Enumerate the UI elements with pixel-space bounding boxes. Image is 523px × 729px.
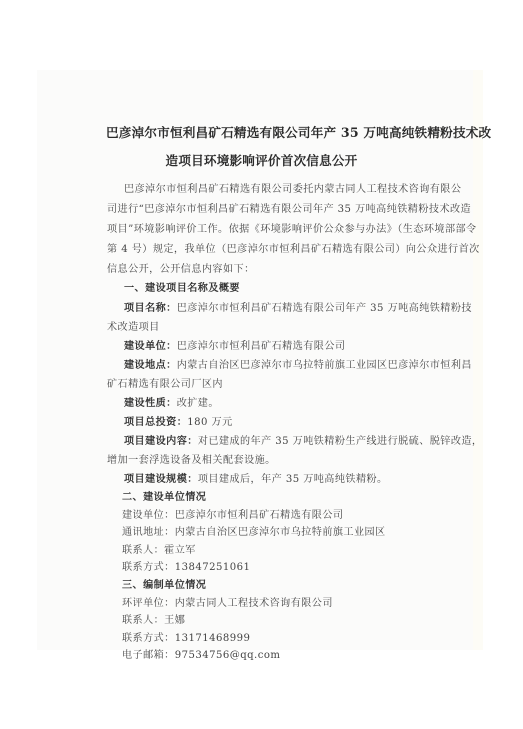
builder-row: 建设单位：巴彦淖尔市恒利昌矿石精选有限公司 (124, 341, 345, 353)
content-label: 项目建设内容： (124, 436, 198, 447)
section2-contact: 联系人：霍立军 (122, 545, 196, 557)
nature-label: 建设性质： (124, 398, 177, 409)
content-value: 对已建成的年产 35 万吨铁精粉生产线进行脱硫、脱锌改造， (198, 436, 483, 447)
intro-line-2: 司进行“巴彦淖尔市恒利昌矿石精选有限公司年产 35 万吨高纯铁精粉技术改造 (107, 204, 471, 216)
title-line-1: 巴彦淖尔市恒利昌矿石精选有限公司年产 35 万吨高纯铁精粉技术改 (106, 122, 418, 141)
investment-value: 180 万元 (187, 417, 232, 428)
investment-label: 项目总投资： (124, 417, 187, 428)
intro-line-4: 第 4 号）规定，我单位（巴彦淖尔市恒利昌矿石精选有限公司）向公众进行首次 (107, 244, 480, 256)
section2-phone: 联系方式：13847251061 (122, 562, 250, 574)
scale-row: 项目建设规模：项目建成后，年产 35 万吨高纯铁精粉。 (124, 474, 388, 486)
intro-line-1: 巴彦淖尔市恒利昌矿石精选有限公司委托内蒙古同人工程技术咨询有限公 (124, 184, 461, 196)
location-row: 建设地点：内蒙古自治区巴彦淖尔市乌拉特前旗工业园区巴彦淖尔市恒利昌 (124, 360, 472, 372)
section3-contact: 联系人：王娜 (122, 615, 185, 627)
investment-row: 项目总投资：180 万元 (124, 417, 233, 429)
builder-value: 巴彦淖尔市恒利昌矿石精选有限公司 (177, 341, 346, 352)
section2-heading: 二、建设单位情况 (122, 492, 206, 504)
section3-eia-unit: 环评单位：内蒙古同人工程技术咨询有限公司 (122, 598, 333, 610)
location-cont: 矿石精选有限公司厂区内 (107, 379, 223, 391)
location-label: 建设地点： (124, 360, 177, 371)
nature-value: 改扩建。 (177, 398, 219, 409)
location-value: 内蒙古自治区巴彦淖尔市乌拉特前旗工业园区巴彦淖尔市恒利昌 (177, 360, 472, 371)
nature-row: 建设性质：改扩建。 (124, 398, 219, 410)
title-line-2: 造项目环境影响评价首次信息公开 (0, 150, 523, 169)
section3-heading: 三、编制单位情况 (122, 580, 206, 592)
project-name-label: 项目名称： (124, 303, 177, 314)
content-row: 项目建设内容：对已建成的年产 35 万吨铁精粉生产线进行脱硫、脱锌改造， (124, 436, 482, 448)
project-name-row: 项目名称：巴彦淖尔市恒利昌矿石精选有限公司年产 35 万吨高纯铁精粉技 (124, 303, 472, 315)
section1-heading: 一、建设项目名称及概要 (124, 283, 240, 295)
scale-label: 项目建设规模： (124, 474, 198, 485)
section2-builder: 建设单位：巴彦淖尔市恒利昌矿石精选有限公司 (122, 510, 343, 522)
section3-phone: 联系方式：13171468999 (122, 633, 250, 645)
intro-line-3: 项目”环境影响评价工作。依据《环境影响评价公众参与办法》（生态环境部部令 (107, 224, 477, 236)
scale-value: 项目建成后，年产 35 万吨高纯铁精粉。 (198, 474, 388, 485)
project-name-value: 巴彦淖尔市恒利昌矿石精选有限公司年产 35 万吨高纯铁精粉技 (177, 303, 472, 314)
section3-email: 电子邮箱：97534756@qq.com (122, 650, 280, 662)
content-cont: 增加一套浮选设备及相关配套设施。 (107, 455, 276, 467)
project-name-cont: 术改造项目 (107, 322, 160, 334)
section2-address: 通讯地址：内蒙古自治区巴彦淖尔市乌拉特前旗工业园区 (122, 527, 386, 539)
intro-line-5: 信息公开，公开信息内容如下： (107, 264, 255, 276)
builder-label: 建设单位： (124, 341, 177, 352)
